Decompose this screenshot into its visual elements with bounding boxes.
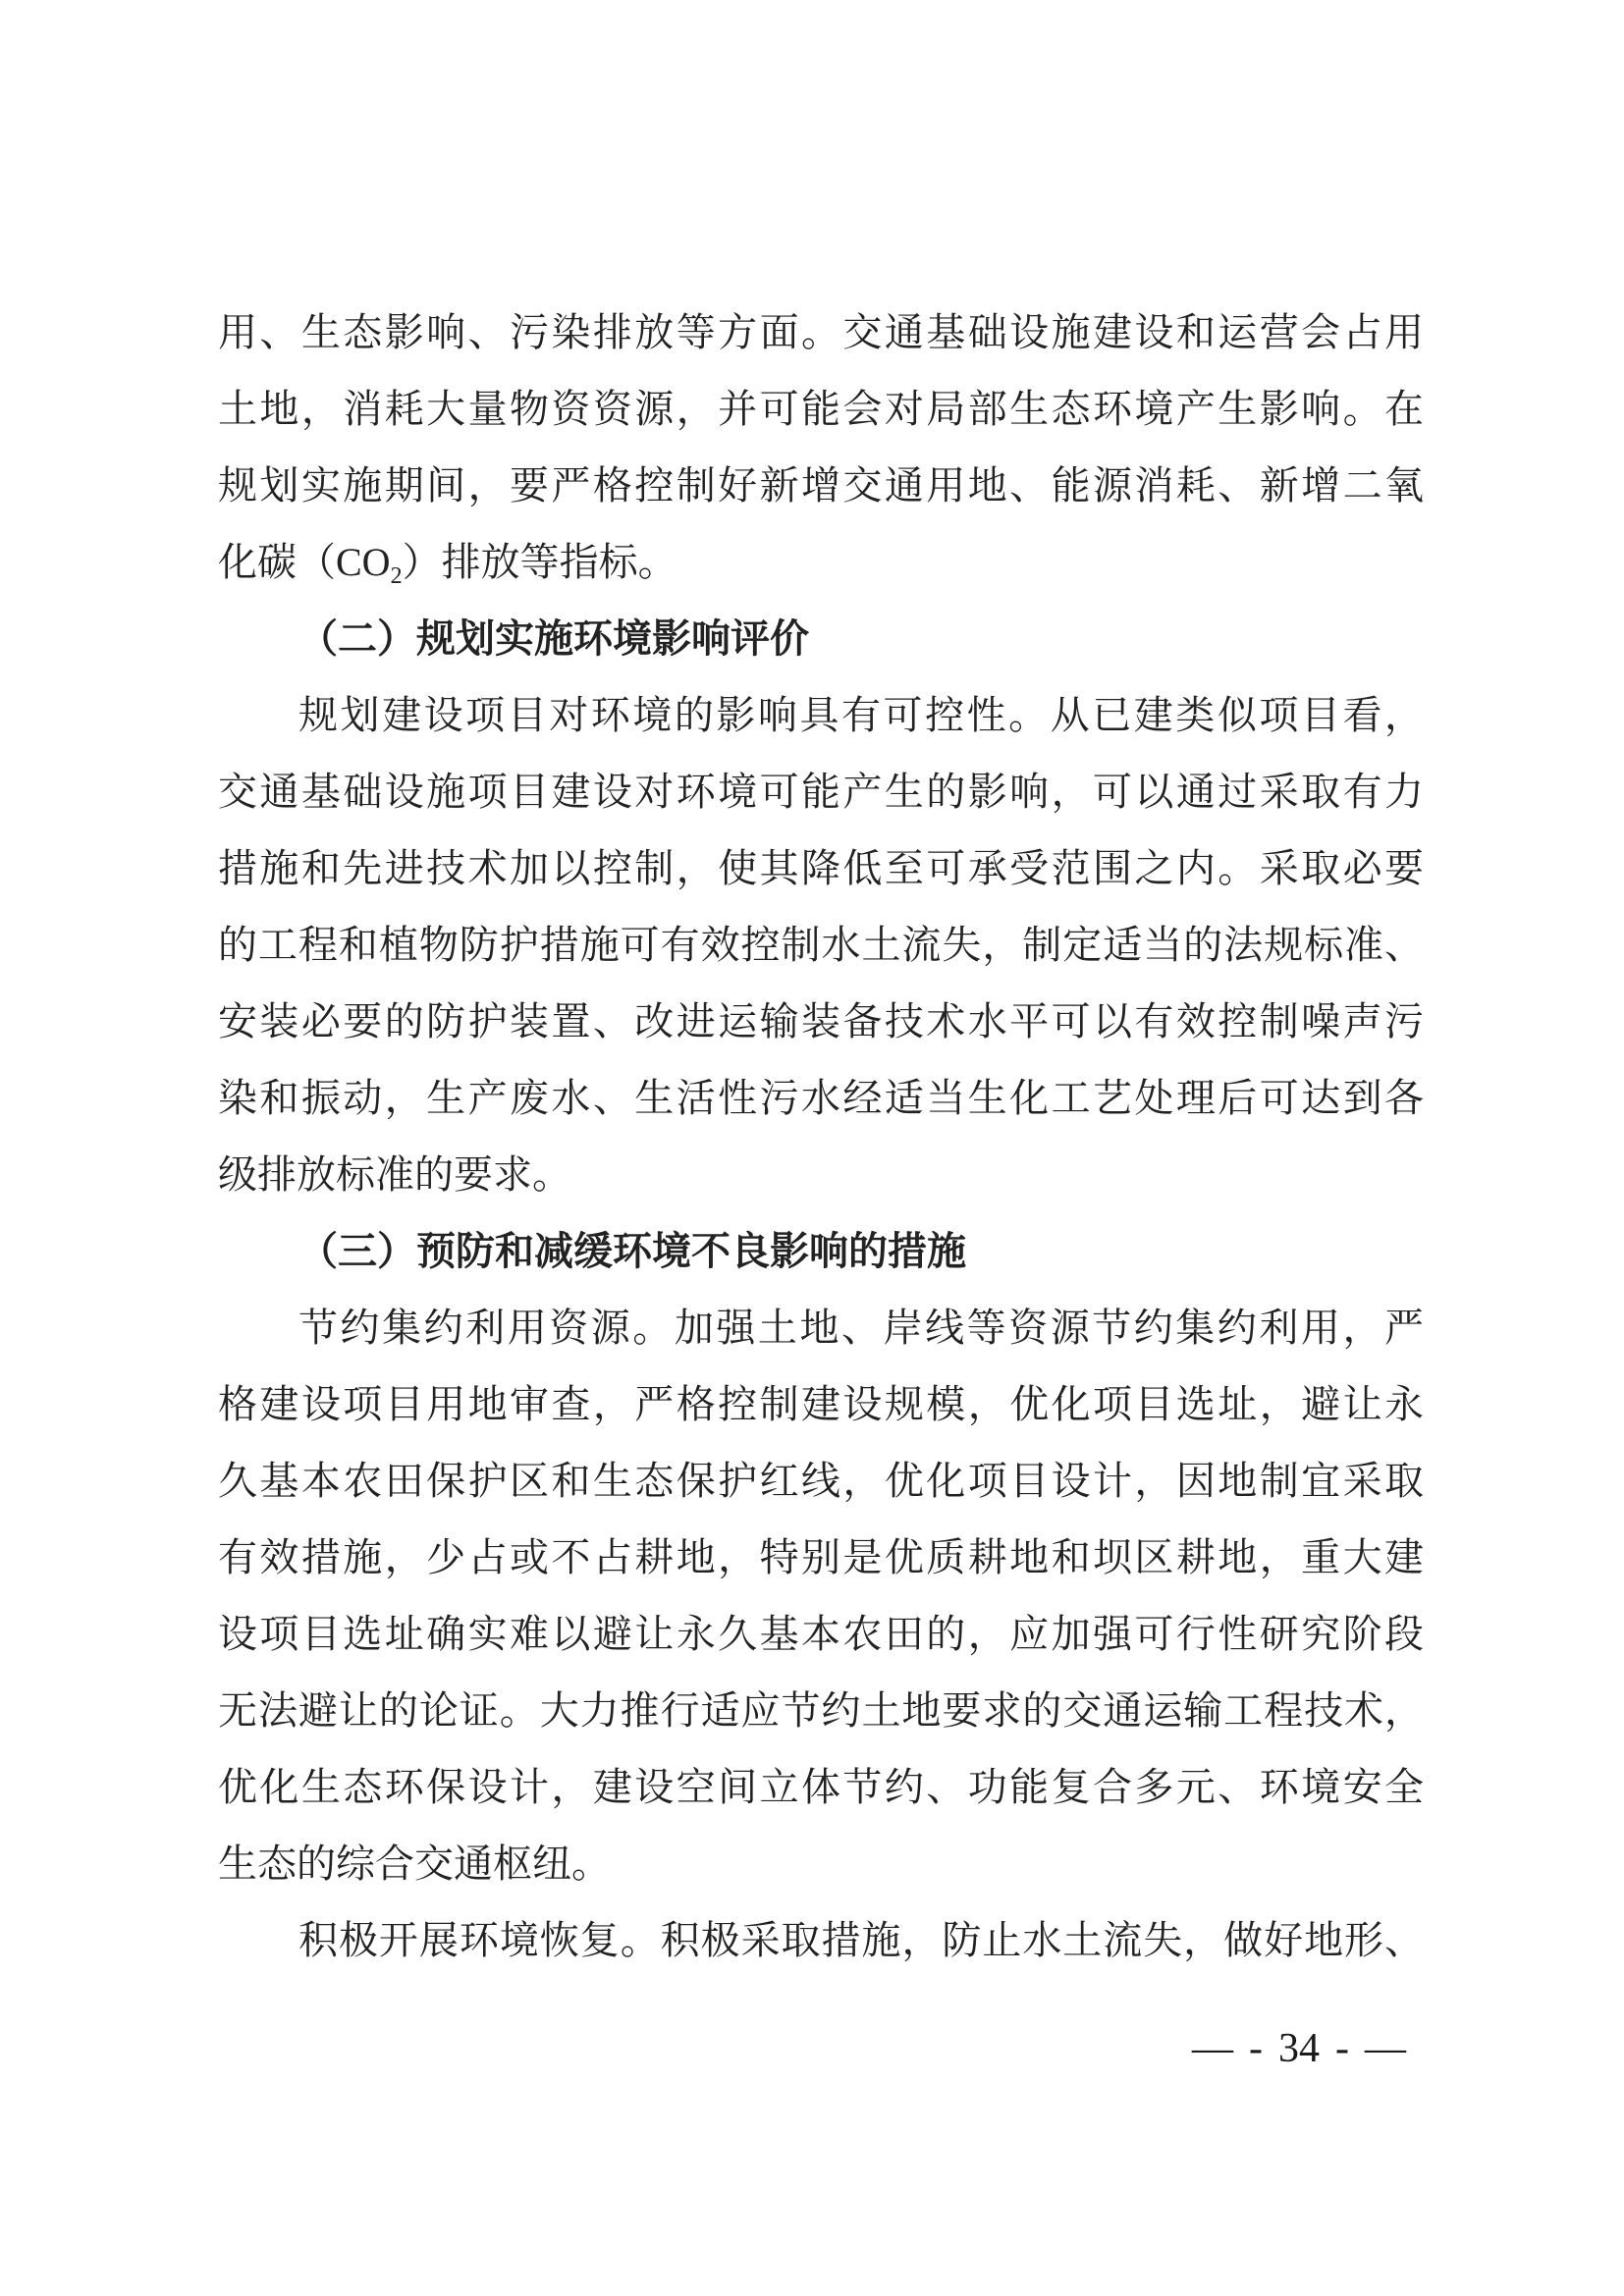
footer-short-dash-right: - — [1335, 2025, 1349, 2072]
paragraph2-line: 染和振动，生产废水、生活性污水经适当生化工艺处理后可达到各 — [218, 1060, 1424, 1137]
page-number: 34 — [1278, 2025, 1320, 2072]
paragraph3-line: 优化生态环保设计，建设空间立体节约、功能复合多元、环境安全 — [218, 1749, 1424, 1826]
paragraph3-line: 格建设项目用地审查，严格控制建设规模，优化项目选址，避让永 — [218, 1366, 1424, 1443]
co2-text-pre: 化碳（CO — [218, 540, 391, 584]
paragraph1-line: 土地，消耗大量物资资源，并可能会对局部生态环境产生影响。在 — [218, 371, 1424, 448]
paragraph3-line: 无法避让的论证。大力推行适应节约土地要求的交通运输工程技术， — [218, 1673, 1424, 1749]
paragraph3-line: 生态的综合交通枢纽。 — [218, 1826, 1424, 1902]
co2-text-post: ）排放等指标。 — [403, 540, 677, 584]
paragraph2-line: 措施和先进技术加以控制，使其降低至可承受范围之内。采取必要 — [218, 830, 1424, 907]
document-page: { "colors": { "background": "#ffffff", "… — [0, 0, 1624, 2296]
paragraph2-line: 级排放标准的要求。 — [218, 1137, 1424, 1213]
paragraph2-line: 的工程和植物防护措施可有效控制水土流失，制定适当的法规标准、 — [218, 907, 1424, 984]
page-footer: — - 34 - — — [1192, 2024, 1406, 2073]
paragraph2-line: 交通基础设施项目建设对环境可能产生的影响，可以通过采取有力 — [218, 754, 1424, 830]
footer-long-dash-left: — — [1192, 2025, 1233, 2072]
paragraph3-line: 节约集约利用资源。加强土地、岸线等资源节约集约利用，严 — [218, 1290, 1424, 1366]
section-heading-two: （二）规划实施环境影响评价 — [218, 601, 1424, 677]
section-heading-three: （三）预防和减缓环境不良影响的措施 — [218, 1213, 1424, 1290]
co2-subscript: 2 — [391, 563, 403, 589]
paragraph1-line: 规划实施期间，要严格控制好新增交通用地、能源消耗、新增二氧 — [218, 448, 1424, 524]
paragraph2-line: 规划建设项目对环境的影响具有可控性。从已建类似项目看， — [218, 677, 1424, 754]
paragraph4-line: 积极开展环境恢复。积极采取措施，防止水土流失，做好地形、 — [218, 1902, 1424, 1979]
paragraph3-line: 设项目选址确实难以避让永久基本农田的，应加强可行性研究阶段 — [218, 1596, 1424, 1673]
paragraph1-line-co2: 化碳（CO2）排放等指标。 — [218, 524, 1424, 601]
document-text-block: 用、生态影响、污染排放等方面。交通基础设施建设和运营会占用 土地，消耗大量物资资… — [218, 294, 1424, 1979]
footer-short-dash-left: - — [1249, 2025, 1263, 2072]
paragraph1-line: 用、生态影响、污染排放等方面。交通基础设施建设和运营会占用 — [218, 294, 1424, 371]
footer-long-dash-right: — — [1365, 2025, 1406, 2072]
paragraph3-line: 久基本农田保护区和生态保护红线，优化项目设计，因地制宜采取 — [218, 1443, 1424, 1520]
paragraph2-line: 安装必要的防护装置、改进运输装备技术水平可以有效控制噪声污 — [218, 984, 1424, 1060]
paragraph3-line: 有效措施，少占或不占耕地，特别是优质耕地和坝区耕地，重大建 — [218, 1520, 1424, 1596]
